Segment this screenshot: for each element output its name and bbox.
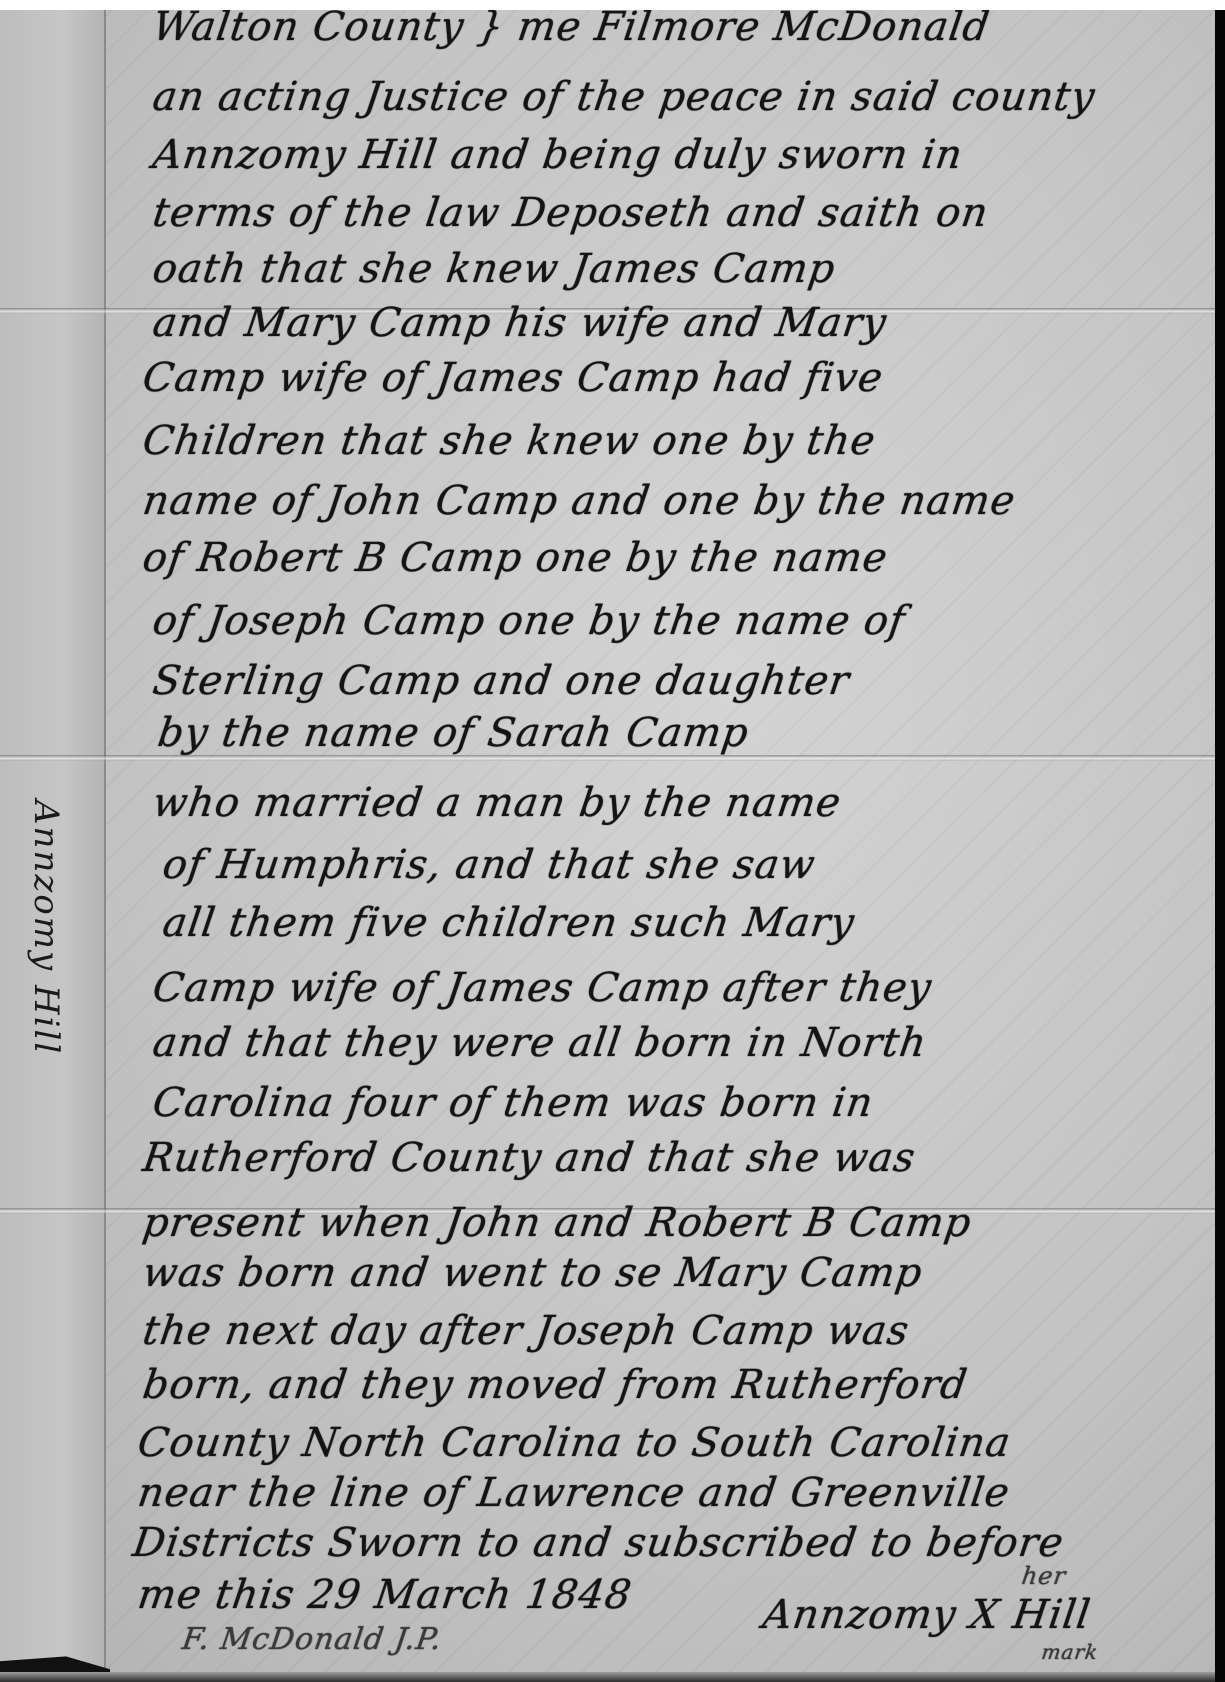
- text-line: me this 29 March 1848: [135, 1572, 635, 1618]
- document-scan: Annzomy Hill Walton County } me Filmore …: [0, 10, 1215, 1682]
- text-line: and Mary Camp his wife and Mary: [150, 300, 890, 346]
- margin-signature: Annzomy Hill: [26, 800, 66, 1055]
- right-scan-border: [1215, 10, 1225, 1682]
- signature-mark-word: mark: [1040, 1640, 1100, 1664]
- text-line: of Joseph Camp one by the name of: [150, 598, 908, 644]
- text-line: oath that she knew James Camp: [150, 246, 838, 292]
- text-line: who married a man by the name: [150, 780, 844, 826]
- text-line: by the name of Sarah Camp: [155, 710, 752, 756]
- text-line: Camp wife of James Camp had five: [140, 355, 886, 401]
- text-line: Rutherford County and that she was: [140, 1135, 919, 1181]
- text-line: was born and went to se Mary Camp: [140, 1250, 925, 1296]
- bottom-edge: [0, 1672, 1215, 1682]
- text-line: an acting Justice of the peace in said c…: [150, 74, 1098, 120]
- text-line: Sterling Camp and one daughter: [150, 658, 853, 704]
- text-line: born, and they moved from Rutherford: [140, 1362, 971, 1408]
- signature: Annzomy X Hill: [760, 1592, 1094, 1638]
- text-line: Children that she knew one by the: [140, 418, 879, 464]
- text-line: name of John Camp and one by the name: [140, 478, 1019, 524]
- text-line: Camp wife of James Camp after they: [150, 965, 935, 1011]
- text-line: Annzomy Hill and being duly sworn in: [150, 132, 966, 178]
- text-line: near the line of Lawrence and Greenville: [135, 1470, 1013, 1516]
- text-line: Carolina four of them was born in: [150, 1080, 876, 1126]
- text-line: the next day after Joseph Camp was: [140, 1308, 912, 1354]
- signature-mark-label: her: [1020, 1562, 1068, 1590]
- text-line: of Robert B Camp one by the name: [140, 535, 891, 581]
- text-line: and that they were all born in North: [150, 1020, 930, 1066]
- text-line: Districts Sworn to and subscribed to bef…: [130, 1520, 1067, 1566]
- text-line: of Humphris, and that she saw: [160, 842, 819, 888]
- text-line: all them five children such Mary: [160, 900, 858, 946]
- text-line: terms of the law Deposeth and saith on: [150, 190, 992, 236]
- text-line: Walton County } me Filmore McDonald: [150, 10, 993, 50]
- attestation: F. McDonald J.P.: [180, 1622, 444, 1657]
- text-line: County North Carolina to South Carolina: [135, 1420, 1014, 1466]
- text-line: present when John and Robert B Camp: [140, 1200, 975, 1246]
